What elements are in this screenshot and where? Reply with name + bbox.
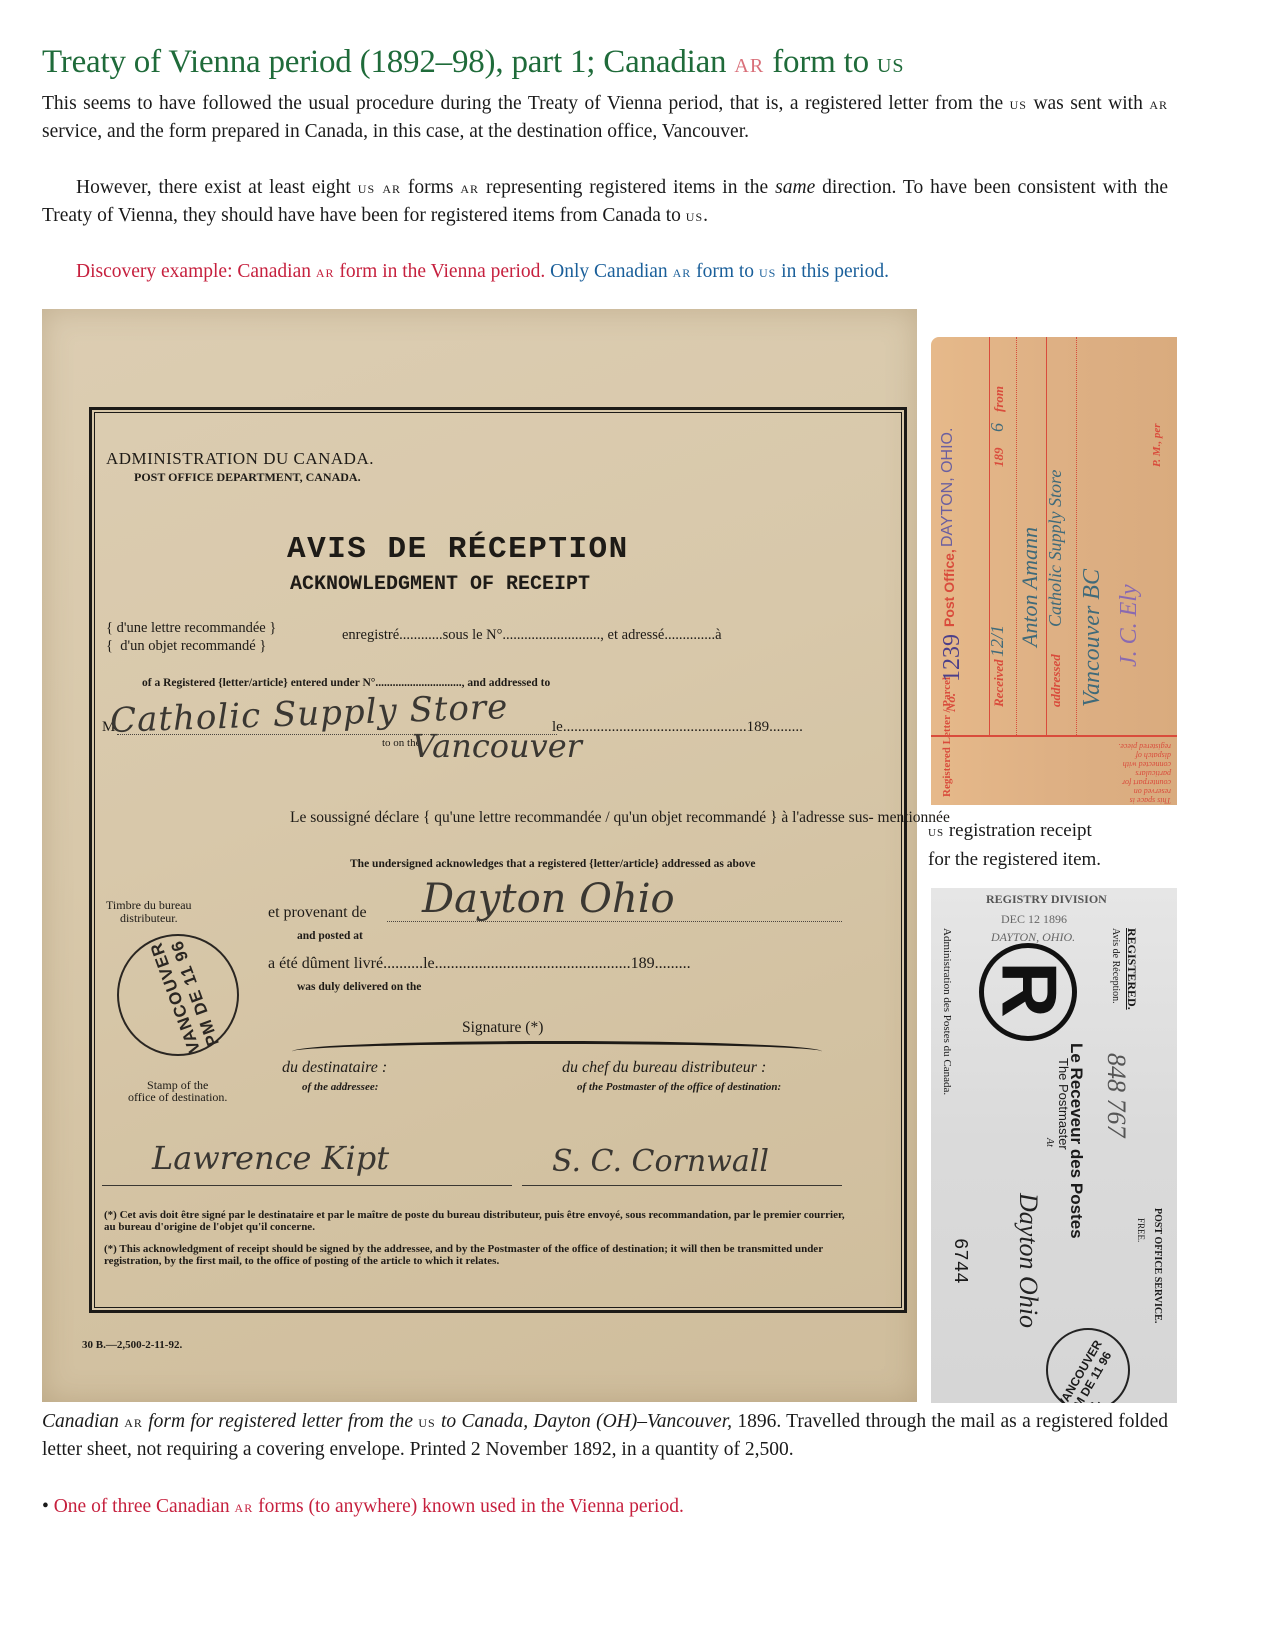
registry-admin-label: Administration des Postes du Canada. (941, 928, 953, 1095)
registered-r-icon: R (979, 943, 1077, 1041)
form-dest-en: of the addressee: (302, 1081, 378, 1093)
ar-abbrev: AR (734, 48, 764, 79)
receipt-from-label: from (991, 386, 1007, 412)
form-subtitle: ACKNOWLEDGMENT OF RECEIPT (290, 573, 590, 596)
receipt-post-office: DAYTON, OHIO. (939, 428, 957, 547)
handwritten-signature-postmaster: S. C. Cornwall (552, 1144, 769, 1179)
bullet-icon: • (42, 1496, 49, 1517)
form-provenant: et provenant de (268, 904, 367, 922)
form-posted-at: and posted at (297, 930, 363, 942)
form-stamp-label: Stamp of the office of destination. (128, 1079, 227, 1103)
us-abbrev: US (877, 48, 905, 79)
vancouver-postmark: VANCOUVER PM DE 11 96 (117, 934, 239, 1056)
canadian-ar-form-image: ADMINISTRATION DU CANADA. POST OFFICE DE… (42, 309, 917, 1402)
discovery-note: Discovery example: Canadian AR form in t… (76, 261, 545, 282)
registry-at-label: At (1044, 1138, 1055, 1147)
registry-vancouver-postmark: VANCOUVER PM DE 11 96 B.C. (1046, 1328, 1130, 1403)
form-line-fr-b: enregistré............sous le N°........… (342, 627, 722, 644)
receipt-number: 1239 (939, 634, 966, 682)
intro-paragraph-2: However, there exist at least eight US A… (42, 174, 1168, 230)
receipt-post-office-label: Post Office, (941, 549, 957, 627)
receipt-handwritten-clerk: J. C. Ely (1116, 584, 1143, 667)
only-note: Only Canadian AR form to US in this peri… (550, 261, 889, 282)
registry-free: FREE. (1136, 1218, 1146, 1242)
form-chef-en: of the Postmaster of the office of desti… (577, 1081, 781, 1093)
form-dept-heading: POST OFFICE DEPARTMENT, CANADA. (134, 470, 361, 485)
form-title: AVIS DE RÉCEPTION (287, 532, 629, 567)
receipt-handwritten-year: 6 (987, 423, 1008, 432)
form-delivered: was duly delivered on the (297, 981, 421, 993)
form-declare-fr: Le soussigné déclare { qu'une lettre rec… (290, 808, 950, 828)
registry-registered-label: REGISTERED. (1124, 928, 1139, 1010)
form-chef-fr: du chef du bureau distributeur : (562, 1059, 766, 1077)
form-footnote-fr: (*) Cet avis doit être signé par le dest… (104, 1209, 854, 1233)
registry-division-stamp: REGISTRY DIVISION (986, 892, 1107, 907)
us-registration-receipt-image: Registered Letter / Parcel No. 1239 Post… (931, 337, 1177, 805)
registry-avis-label: Avis de Réception. (1110, 928, 1121, 1004)
figure-caption: Canadian AR form for registered letter f… (42, 1408, 1168, 1464)
registry-number: 6744 (949, 1238, 971, 1284)
registry-postmaster: The Postmaster (1056, 1058, 1071, 1150)
registry-division-form-image: REGISTRY DIVISION DEC 12 1896 DAYTON, OH… (931, 888, 1177, 1403)
bullet-note: • One of three Canadian AR forms (to any… (42, 1493, 684, 1521)
receipt-handwritten-date: 12/1 (987, 625, 1008, 657)
registry-handwritten-city: Dayton Ohio (1013, 1193, 1043, 1328)
form-timbre-label: Timbre du bureau distributeur. (106, 899, 192, 925)
receipt-year: 189 (991, 448, 1007, 468)
highlight-line: Discovery example: Canadian AR form in t… (42, 258, 1168, 286)
form-le-189: le......................................… (552, 719, 803, 736)
receipt-pm-per: P. M., per (1151, 424, 1163, 468)
form-admin-heading: ADMINISTRATION DU CANADA. (106, 449, 374, 469)
form-declare-en: The undersigned acknowledges that a regi… (350, 858, 755, 870)
handwritten-destination-city: Vancouver (412, 727, 582, 765)
registry-stamp-date: DEC 12 1896 (1001, 912, 1067, 927)
receipt-no-label: No. (943, 693, 959, 712)
page-title: Treaty of Vienna period (1892–98), part … (42, 44, 905, 81)
form-dest-fr: du destinataire : (282, 1059, 387, 1077)
receipt-received-label: Received (991, 659, 1007, 707)
form-livre: a été dûment livré..........le..........… (268, 955, 691, 973)
form-signature-label: Signature (*) (462, 1019, 543, 1037)
receipt-handwritten-sender: Anton Amann (1017, 527, 1043, 647)
intro-paragraph-1: This seems to have followed the usual pr… (42, 90, 1168, 146)
registry-service: POST OFFICE SERVICE. (1152, 1208, 1163, 1323)
form-line-fr-a: { d'une lettre recommandée }{ d'un objet… (106, 619, 276, 655)
form-print-number: 30 B.—2,500-2-11-92. (82, 1339, 182, 1351)
receipt-addressed-label: addressed (1048, 654, 1064, 707)
receipt-handwritten-addressee: Catholic Supply Store (1045, 470, 1066, 627)
form-footnote-en: (*) This acknowledgment of receipt shoul… (104, 1243, 854, 1267)
receipt-counterpart-note: This space is reserved on counterpart fo… (1111, 742, 1171, 805)
handwritten-signature-addressee: Lawrence Kipt (152, 1139, 389, 1177)
receipt-caption: US registration receiptfor the registere… (928, 817, 1101, 874)
receipt-handwritten-city: Vancouver BC (1079, 569, 1106, 707)
handwritten-origin: Dayton Ohio (422, 876, 675, 922)
registry-handwritten-number: 848 767 (1101, 1053, 1131, 1138)
